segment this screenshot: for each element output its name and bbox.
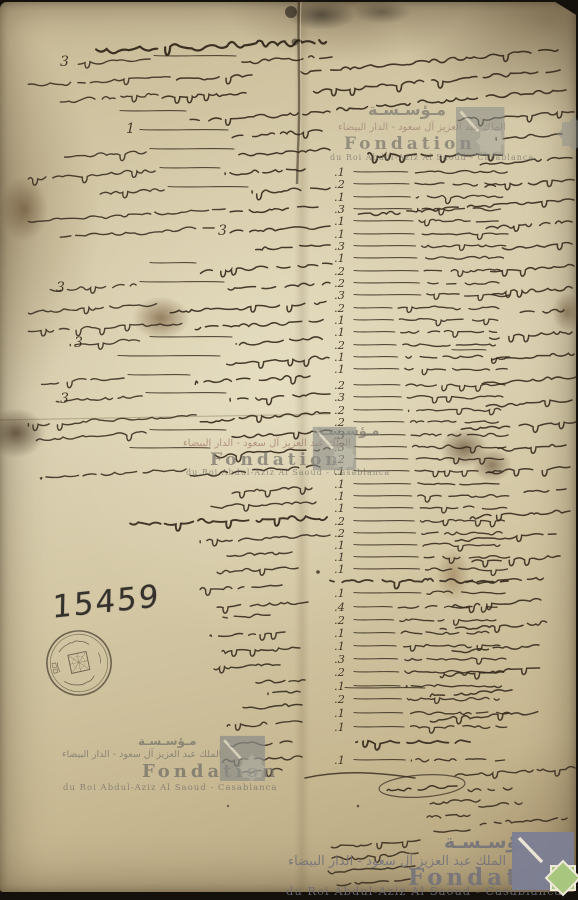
svg-text:.1: .1 <box>334 501 345 515</box>
official-seal-stamp <box>42 626 116 700</box>
svg-text:.2: .2 <box>334 177 345 191</box>
svg-text:.2: .2 <box>334 613 345 627</box>
svg-text:.3: .3 <box>334 652 345 666</box>
svg-text:3: 3 <box>60 54 69 70</box>
svg-text:.3: .3 <box>334 390 345 404</box>
svg-text:.4: .4 <box>334 600 345 614</box>
svg-text:.1: .1 <box>334 706 345 720</box>
svg-text:.1: .1 <box>334 753 345 767</box>
svg-text:3: 3 <box>56 280 65 296</box>
svg-text:.1: .1 <box>334 586 345 600</box>
svg-text:.1: .1 <box>334 325 345 339</box>
svg-text:.1: .1 <box>334 214 345 228</box>
svg-text:.2: .2 <box>334 692 345 706</box>
svg-text:3: 3 <box>74 335 83 351</box>
svg-text:.2: .2 <box>334 665 345 679</box>
svg-text:3: 3 <box>60 391 69 407</box>
svg-text:3: 3 <box>218 223 227 239</box>
svg-text:.1: .1 <box>334 251 345 265</box>
svg-text:.1: .1 <box>334 720 345 734</box>
handwritten-script-layer: 313333.1.2.1.3.1.1.3.1.2.2.3.2.1.1.2.1.1… <box>0 0 578 900</box>
svg-text:.3: .3 <box>334 288 345 302</box>
svg-text:1: 1 <box>126 121 135 137</box>
svg-text:.2: .2 <box>334 415 345 429</box>
svg-text:.1: .1 <box>334 679 345 693</box>
svg-text:.1: .1 <box>334 626 345 640</box>
svg-text:.1: .1 <box>334 639 345 653</box>
svg-text:.1: .1 <box>334 464 345 478</box>
scanned-manuscript-page: 313333.1.2.1.3.1.1.3.1.2.2.3.2.1.1.2.1.1… <box>0 0 578 900</box>
svg-text:.1: .1 <box>334 362 345 376</box>
svg-text:.1: .1 <box>334 562 345 576</box>
